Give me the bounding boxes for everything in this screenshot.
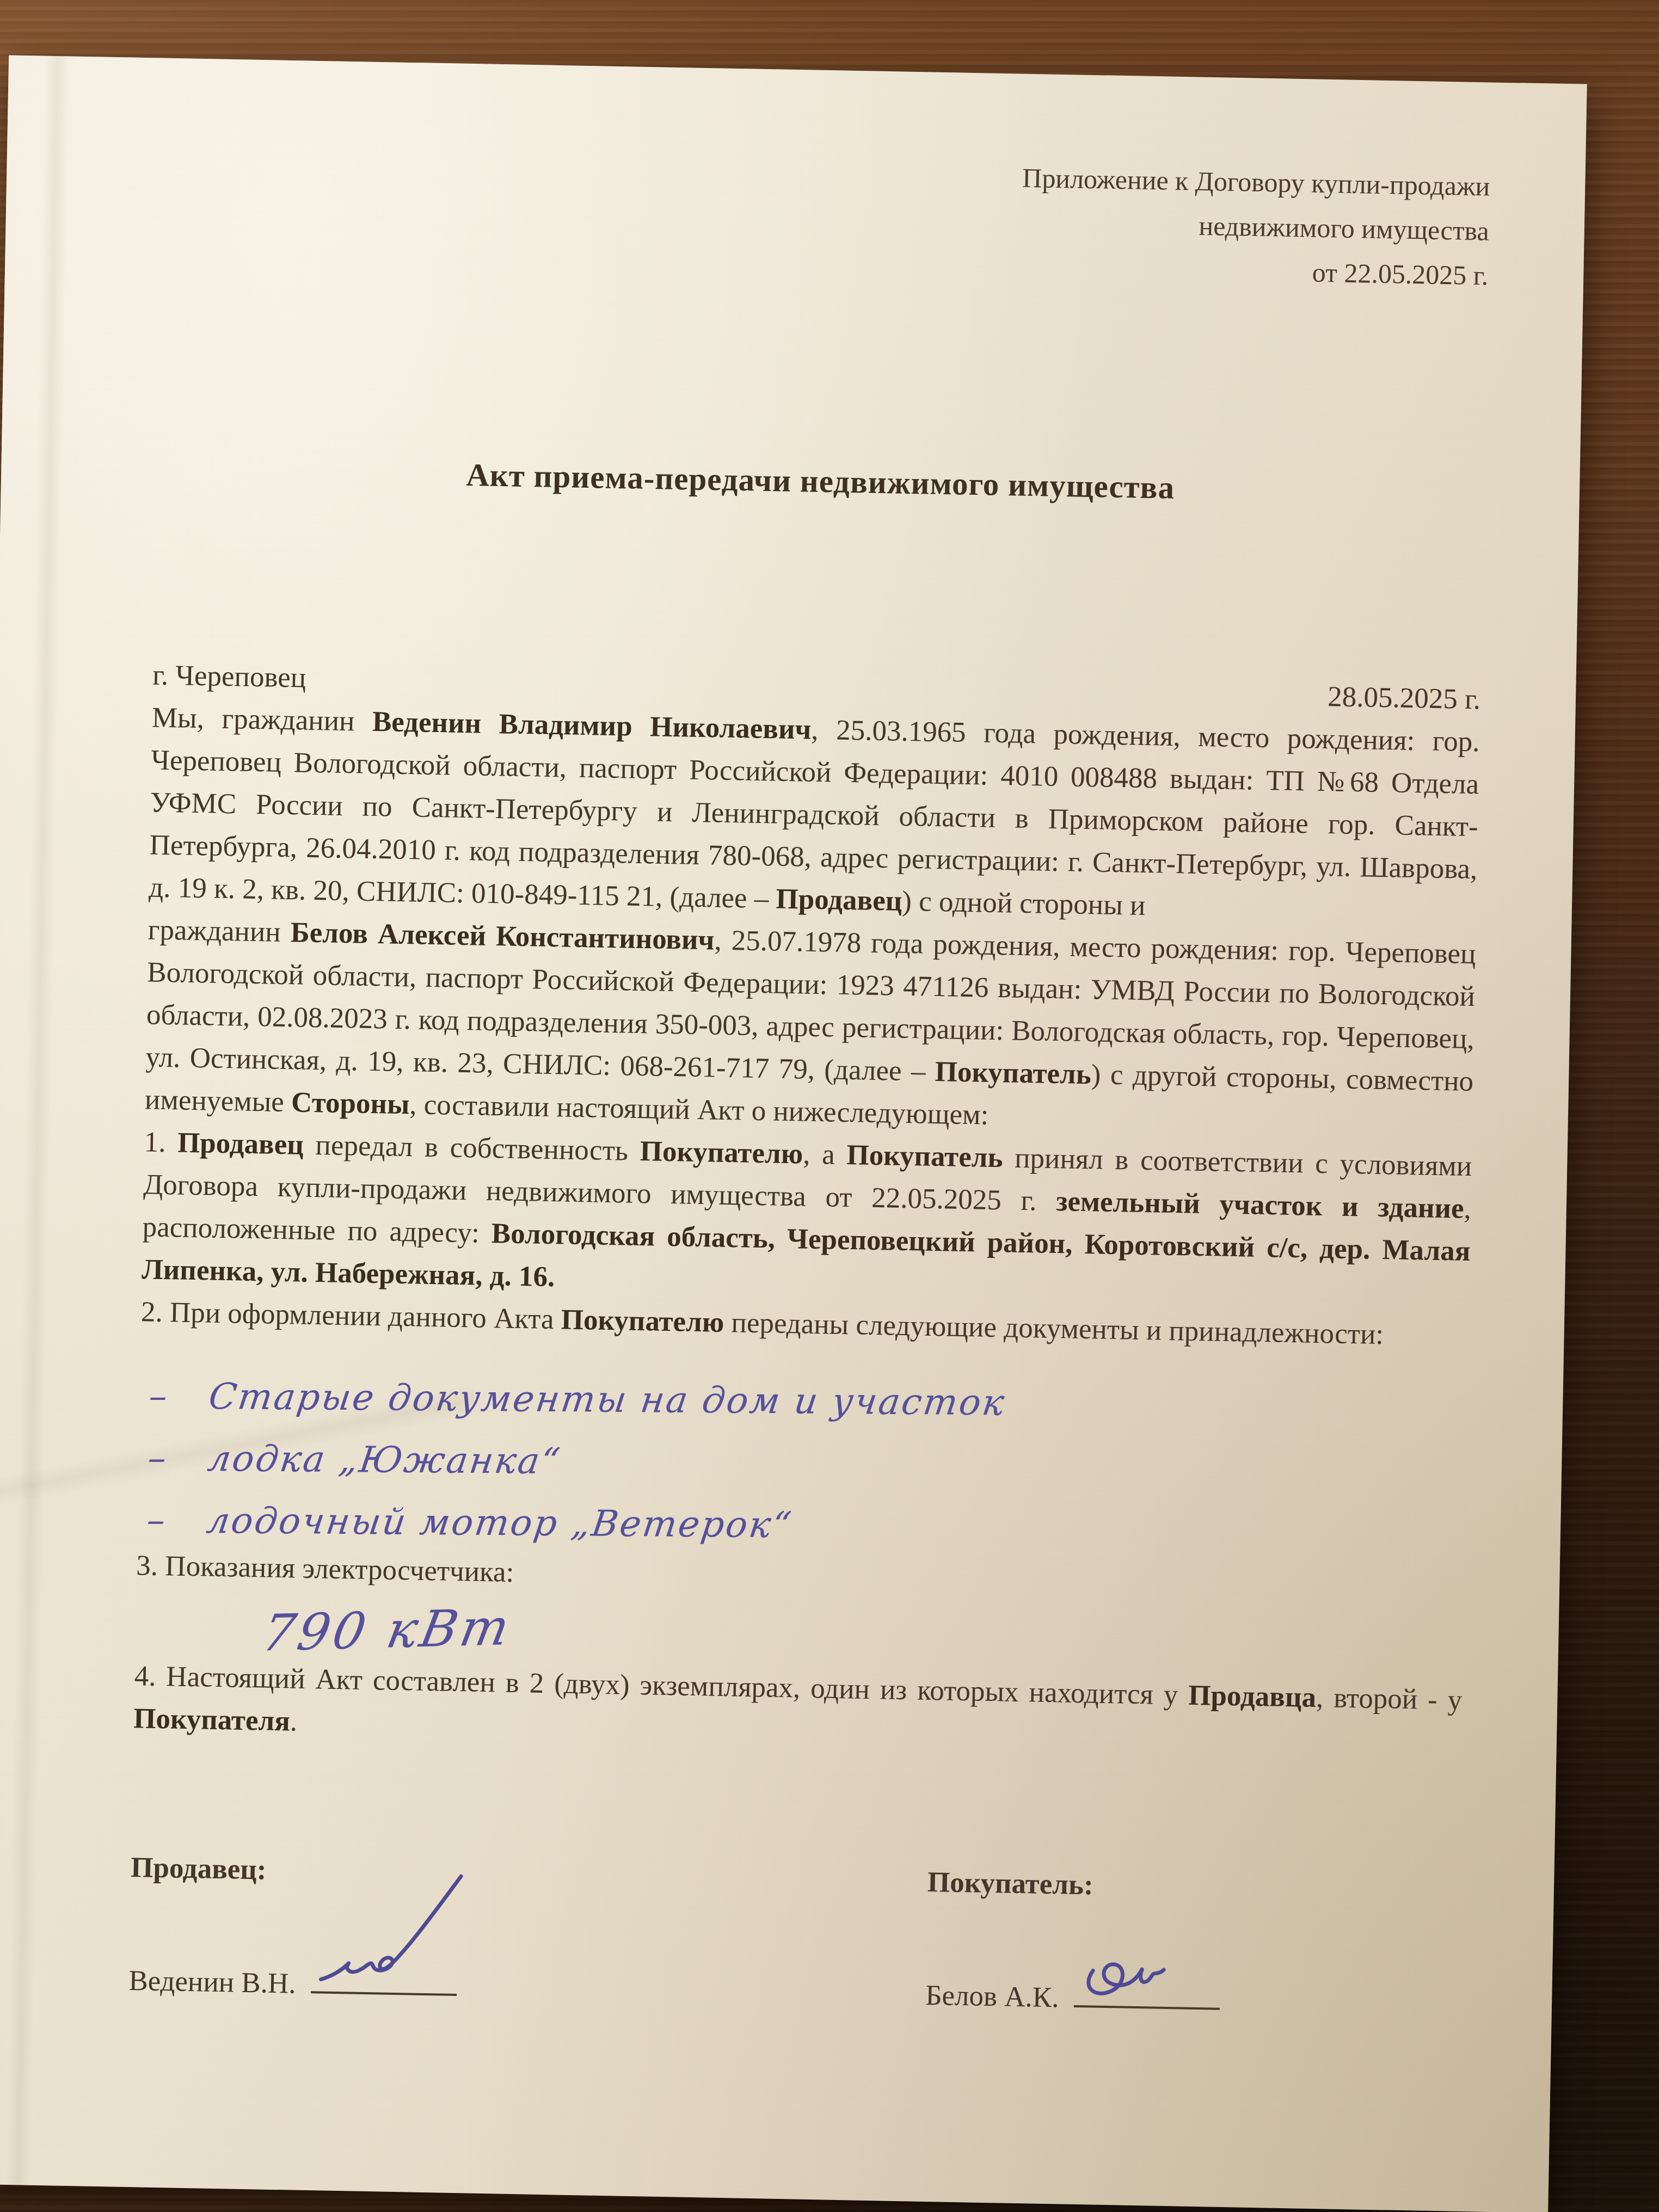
place-label: г. Череповец bbox=[152, 654, 306, 699]
handwritten-item-text: лодочный мотор „Ветерок“ bbox=[203, 1490, 796, 1556]
seller-signature bbox=[311, 1864, 476, 1997]
appendix-header: Приложение к Договору купли-продажи недв… bbox=[160, 140, 1490, 298]
signature-names-row: Веденин В.Н. Белов А.К. bbox=[128, 1964, 1457, 2021]
document-title: Акт приема-передачи недвижимого имуществ… bbox=[156, 451, 1485, 513]
buyer-name: Белов А.К. bbox=[925, 1980, 1059, 2013]
clause-4: 4. Настоящий Акт составлен в 2 (двух) эк… bbox=[133, 1655, 1463, 1764]
page-content: Приложение к Договору купли-продажи недв… bbox=[0, 55, 1587, 2212]
buyer-paragraph: гражданин Белов Алексей Константинович, … bbox=[144, 908, 1476, 1145]
list-dash: – bbox=[136, 1365, 213, 1428]
list-item: – лодка „Южанка“ bbox=[134, 1427, 1471, 1500]
list-item: – лодочный мотор „Ветерок“ bbox=[133, 1489, 1470, 1562]
handwritten-item-text: лодка „Южанка“ bbox=[204, 1428, 566, 1492]
seller-paragraph: Мы, гражданин Веденин Владимир Николаеви… bbox=[149, 696, 1480, 933]
handwritten-items-list: – Старые документы на дом и участок – ло… bbox=[137, 1358, 1468, 1569]
document-page: Приложение к Договору купли-продажи недв… bbox=[0, 55, 1587, 2212]
list-dash: – bbox=[134, 1427, 212, 1490]
list-dash: – bbox=[133, 1489, 211, 1552]
buyer-signature-block: Белов А.К. bbox=[925, 1979, 1457, 2021]
seller-signature-line bbox=[311, 1986, 457, 1996]
buyer-label: Покупатель: bbox=[927, 1866, 1459, 1908]
seller-name: Веденин В.Н. bbox=[128, 1965, 296, 2000]
buyer-signature bbox=[1074, 1938, 1184, 2011]
list-item: – Старые документы на дом и участок bbox=[136, 1365, 1472, 1437]
date-label: 28.05.2025 г. bbox=[1328, 675, 1481, 721]
handwritten-item-text: Старые документы на дом и участок bbox=[205, 1366, 1010, 1434]
seller-label: Продавец: bbox=[131, 1851, 928, 1898]
buyer-signature-line bbox=[1074, 2000, 1220, 2010]
seller-signature-block: Веденин В.Н. bbox=[128, 1964, 926, 2012]
clause-1: 1. Продавец передал в собственность Поку… bbox=[142, 1121, 1472, 1315]
meter-reading-handwritten: 790 кВт bbox=[257, 1598, 517, 1663]
